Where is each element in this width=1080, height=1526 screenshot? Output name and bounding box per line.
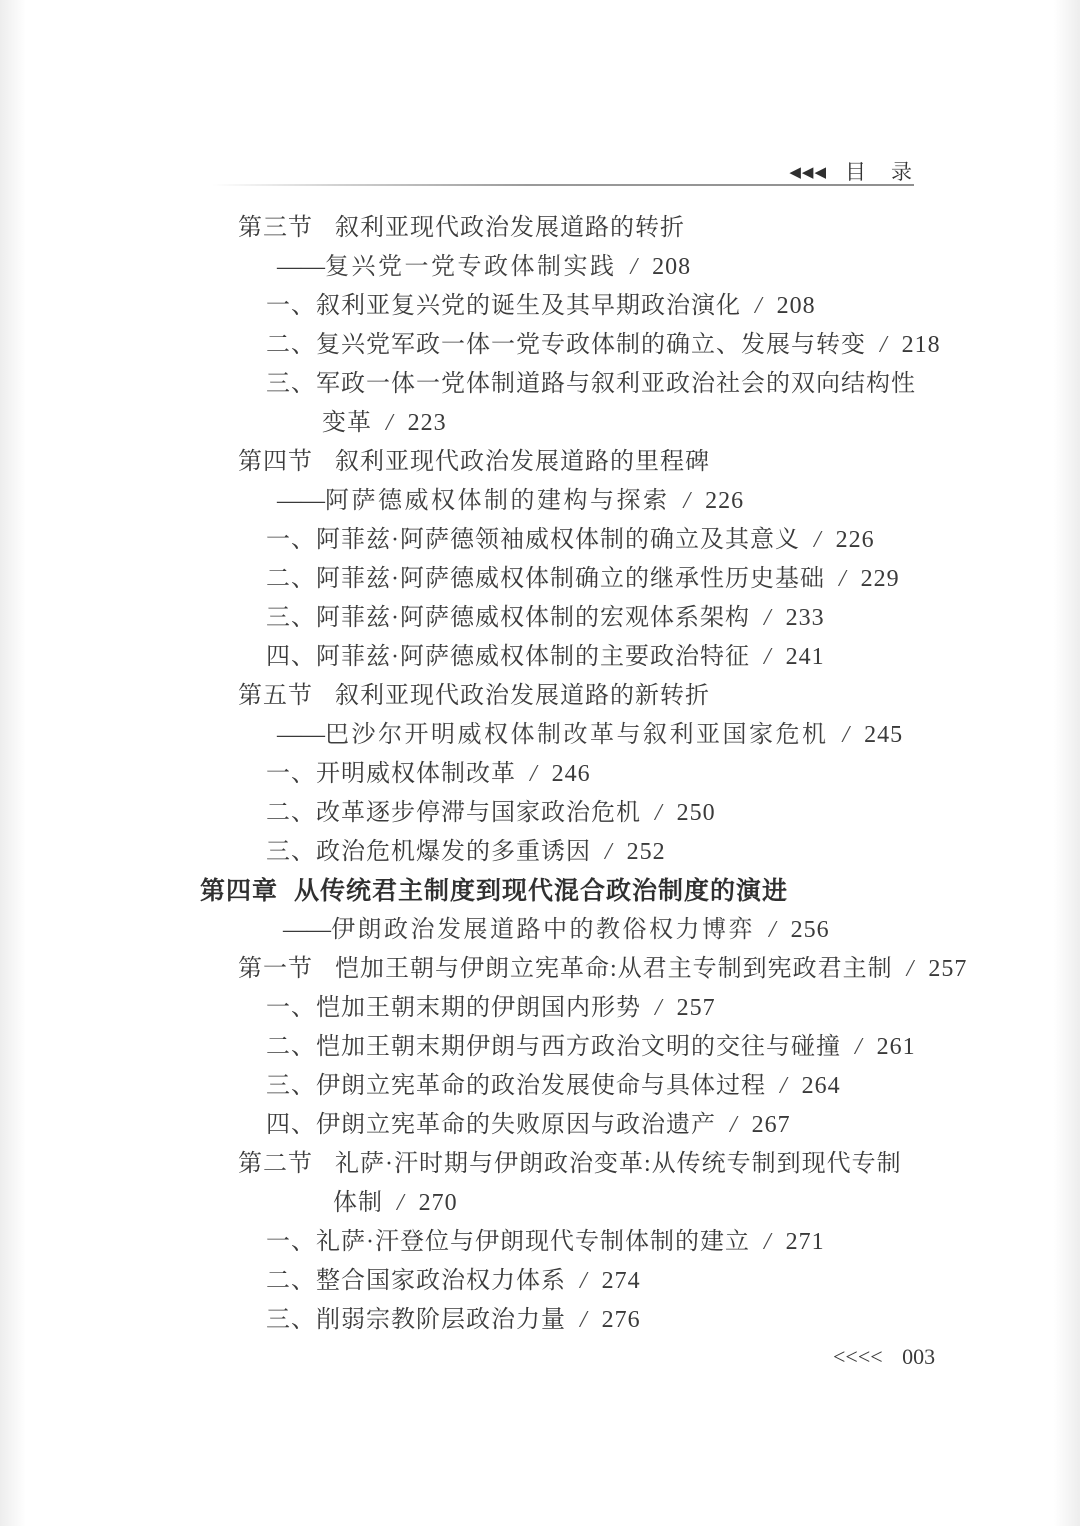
header-divider <box>212 184 914 186</box>
section-label: 第三节 <box>238 215 313 241</box>
page-separator: / <box>605 839 613 865</box>
table-of-contents: 第三节叙利亚现代政治发展道路的转折 ——复兴党一党专政体制实践/208 一、叙利… <box>200 209 930 1340</box>
page-separator: / <box>397 1190 405 1216</box>
item-text: 一、开明威权体制改革 <box>266 761 516 787</box>
toc-chapter-row: 第四章从传统君主制度到现代混合政治制度的演进 <box>200 872 930 911</box>
page-separator: / <box>907 956 915 982</box>
item-text: 二、阿菲兹·阿萨德威权体制确立的继承性历史基础 <box>266 566 825 592</box>
page-separator: / <box>764 1229 772 1255</box>
toc-item-row: 一、叙利亚复兴党的诞生及其早期政治演化/208 <box>200 287 930 326</box>
page-number: 250 <box>677 800 716 826</box>
page-separator: / <box>655 800 663 826</box>
toc-continuation-row: 体制/270 <box>200 1184 930 1223</box>
toc-item-row: 三、削弱宗教阶层政治力量/276 <box>200 1301 930 1340</box>
item-text: 一、叙利亚复兴党的诞生及其早期政治演化 <box>266 293 741 319</box>
em-dash: —— <box>277 254 325 280</box>
toc-item-row: 四、伊朗立宪革命的失败原因与政治遗产/267 <box>200 1106 930 1145</box>
page-number: 257 <box>677 995 716 1021</box>
page-separator: / <box>755 293 763 319</box>
section-title: 叙利亚现代政治发展道路的新转折 <box>335 683 710 709</box>
item-text: 四、伊朗立宪革命的失败原因与政治遗产 <box>266 1112 716 1138</box>
page-separator: / <box>880 332 888 358</box>
page-separator: / <box>814 527 822 553</box>
page-separator: / <box>580 1307 588 1333</box>
page-separator: / <box>530 761 538 787</box>
page-title: 目 录 <box>845 160 914 184</box>
toc-item-row: 一、礼萨·汗登位与伊朗现代专制体制的建立/271 <box>200 1223 930 1262</box>
item-text: 二、整合国家政治权力体系 <box>266 1268 566 1294</box>
section-label: 第一节 <box>238 956 313 982</box>
page-number: 245 <box>864 722 903 748</box>
toc-item-row: 二、复兴党军政一体一党专政体制的确立、发展与转变/218 <box>200 326 930 365</box>
page-separator: / <box>839 566 847 592</box>
toc-section-row: 第一节恺加王朝与伊朗立宪革命:从君主专制到宪政君主制/257 <box>200 950 930 989</box>
page-separator: / <box>855 1034 863 1060</box>
toc-section-row: 第三节叙利亚现代政治发展道路的转折 <box>200 209 930 248</box>
page-separator: / <box>580 1268 588 1294</box>
page-number: 261 <box>877 1034 916 1060</box>
toc-item-row: 二、整合国家政治权力体系/274 <box>200 1262 930 1301</box>
section-title: 恺加王朝与伊朗立宪革命:从君主专制到宪政君主制 <box>335 956 893 982</box>
page-number: 264 <box>802 1073 841 1099</box>
section-label: 第五节 <box>238 683 313 709</box>
toc-section-row: 第四节叙利亚现代政治发展道路的里程碑 <box>200 443 930 482</box>
page-separator: / <box>780 1073 788 1099</box>
subtitle-text: 巴沙尔开明威权体制改革与叙利亚国家危机 <box>325 722 829 748</box>
item-text: 二、恺加王朝末期伊朗与西方政治文明的交往与碰撞 <box>266 1034 841 1060</box>
page-number: 252 <box>627 839 666 865</box>
footer-page-number: 003 <box>902 1344 935 1369</box>
page-number: 241 <box>786 644 825 670</box>
item-text: 三、削弱宗教阶层政治力量 <box>266 1307 566 1333</box>
toc-item-row: 一、恺加王朝末期的伊朗国内形势/257 <box>200 989 930 1028</box>
page-separator: / <box>769 917 777 943</box>
toc-subtitle-row: ——复兴党一党专政体制实践/208 <box>200 248 930 287</box>
section-label: 第二节 <box>238 1151 313 1177</box>
page-separator: / <box>386 410 394 436</box>
item-text: 三、伊朗立宪革命的政治发展使命与具体过程 <box>266 1073 766 1099</box>
item-text: 一、礼萨·汗登位与伊朗现代专制体制的建立 <box>266 1229 750 1255</box>
toc-subtitle-row: ——阿萨德威权体制的建构与探索/226 <box>200 482 930 521</box>
em-dash: —— <box>277 722 325 748</box>
page-number: 226 <box>836 527 875 553</box>
item-text: 二、复兴党军政一体一党专政体制的确立、发展与转变 <box>266 332 866 358</box>
item-text: 四、阿菲兹·阿萨德威权体制的主要政治特征 <box>266 644 750 670</box>
page-footer: <<<< 003 <box>833 1344 935 1370</box>
section-title: 叙利亚现代政治发展道路的里程碑 <box>335 449 710 475</box>
toc-subtitle-row: ——巴沙尔开明威权体制改革与叙利亚国家危机/245 <box>200 716 930 755</box>
header-arrows-icon: ◀◀◀ <box>789 165 827 181</box>
toc-chapter-subtitle-row: ——伊朗政治发展道路中的教俗权力博弈/256 <box>200 911 930 950</box>
toc-item-row: 一、阿菲兹·阿萨德领袖威权体制的确立及其意义/226 <box>200 521 930 560</box>
toc-item-row: 二、恺加王朝末期伊朗与西方政治文明的交往与碰撞/261 <box>200 1028 930 1067</box>
page-edge-shading-right <box>1054 0 1080 1526</box>
page-number: 223 <box>408 410 447 436</box>
page-number: 233 <box>786 605 825 631</box>
chapter-title: 从传统君主制度到现代混合政治制度的演进 <box>294 877 788 905</box>
item-text: 三、军政一体一党体制道路与叙利亚政治社会的双向结构性 <box>266 371 916 397</box>
item-text: 一、恺加王朝末期的伊朗国内形势 <box>266 995 641 1021</box>
item-text: 二、改革逐步停滞与国家政治危机 <box>266 800 641 826</box>
page-number: 208 <box>652 254 691 280</box>
page-number: 226 <box>705 488 744 514</box>
page-number: 270 <box>419 1190 458 1216</box>
footer-arrows-icon: <<<< <box>833 1344 883 1369</box>
toc-item-row: 二、阿菲兹·阿萨德威权体制确立的继承性历史基础/229 <box>200 560 930 599</box>
toc-item-row: 二、改革逐步停滞与国家政治危机/250 <box>200 794 930 833</box>
section-title: 礼萨·汗时期与伊朗政治变革:从传统专制到现代专制 <box>335 1151 902 1177</box>
page-separator: / <box>684 488 692 514</box>
page-header: ◀◀◀ 目 录 <box>789 156 914 186</box>
page-number: 229 <box>861 566 900 592</box>
page-number: 271 <box>786 1229 825 1255</box>
page-separator: / <box>631 254 639 280</box>
em-dash: —— <box>283 917 331 943</box>
page-separator: / <box>764 605 772 631</box>
page-edge-shading-left <box>0 0 26 1526</box>
chapter-label: 第四章 <box>200 877 278 905</box>
subtitle-text: 阿萨德威权体制的建构与探索 <box>325 488 670 514</box>
page-number: 267 <box>752 1112 791 1138</box>
page-number: 274 <box>602 1268 641 1294</box>
page-separator: / <box>764 644 772 670</box>
continuation-text: 体制 <box>333 1190 383 1216</box>
page-number: 218 <box>902 332 941 358</box>
page-number: 208 <box>777 293 816 319</box>
item-text: 三、政治危机爆发的多重诱因 <box>266 839 591 865</box>
page-number: 246 <box>552 761 591 787</box>
toc-item-row: 四、阿菲兹·阿萨德威权体制的主要政治特征/241 <box>200 638 930 677</box>
toc-section-row: 第五节叙利亚现代政治发展道路的新转折 <box>200 677 930 716</box>
subtitle-text: 复兴党一党专政体制实践 <box>325 254 617 280</box>
em-dash: —— <box>277 488 325 514</box>
toc-item-row: 三、阿菲兹·阿萨德威权体制的宏观体系架构/233 <box>200 599 930 638</box>
toc-continuation-row: 变革/223 <box>200 404 930 443</box>
continuation-text: 变革 <box>322 410 372 436</box>
page-number: 276 <box>602 1307 641 1333</box>
toc-item-row: 一、开明威权体制改革/246 <box>200 755 930 794</box>
item-text: 三、阿菲兹·阿萨德威权体制的宏观体系架构 <box>266 605 750 631</box>
toc-item-row: 三、政治危机爆发的多重诱因/252 <box>200 833 930 872</box>
toc-section-row: 第二节礼萨·汗时期与伊朗政治变革:从传统专制到现代专制 <box>200 1145 930 1184</box>
subtitle-text: 伊朗政治发展道路中的教俗权力博弈 <box>331 917 755 943</box>
page-separator: / <box>730 1112 738 1138</box>
item-text: 一、阿菲兹·阿萨德领袖威权体制的确立及其意义 <box>266 527 800 553</box>
page-separator: / <box>843 722 851 748</box>
section-title: 叙利亚现代政治发展道路的转折 <box>335 215 685 241</box>
page-separator: / <box>655 995 663 1021</box>
page-number: 256 <box>791 917 830 943</box>
toc-item-row: 三、军政一体一党体制道路与叙利亚政治社会的双向结构性 <box>200 365 930 404</box>
toc-item-row: 三、伊朗立宪革命的政治发展使命与具体过程/264 <box>200 1067 930 1106</box>
page-number: 257 <box>928 956 967 982</box>
section-label: 第四节 <box>238 449 313 475</box>
